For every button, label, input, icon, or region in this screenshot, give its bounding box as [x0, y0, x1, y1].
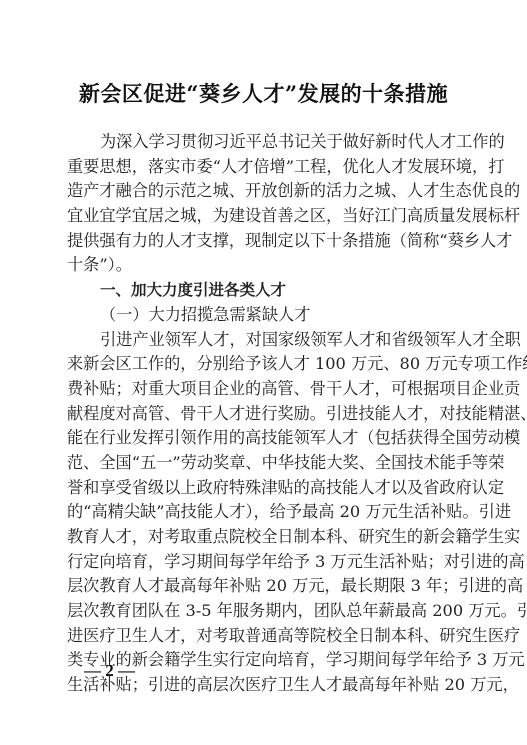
section-heading: 一、加大力度引进各类人才	[67, 278, 461, 303]
document-page: 新会区促进“葵乡人才”发展的十条措施 为深入学习贯彻习近平总书记关于做好新时代人…	[0, 0, 527, 745]
paragraph-line: 进医疗卫生人才，对考取普通高等院校全日制本科、研究生医疗	[67, 624, 461, 649]
document-body: 为深入学习贯彻习近平总书记关于做好新时代人才工作的 重要思想，落实市委“人才倍增…	[67, 130, 461, 698]
paragraph-line: 誉和享受省级以上政府特殊津贴的高技能人才以及省政府认定	[67, 476, 461, 501]
paragraph-line: 献程度对高管、骨干人才进行奖励。引进技能人才，对技能精湛、	[67, 402, 461, 427]
paragraph-line: 的“高精尖缺”高技能人才），给予最高 20 万元生活补贴。引进	[67, 500, 461, 525]
paragraph-line: 范、全国“五一”劳动奖章、中华技能大奖、全国技术能手等荣	[67, 451, 461, 476]
paragraph-line: 引进产业领军人才，对国家级领军人才和省级领军人才全职	[67, 328, 461, 353]
subsection-heading: （一）大力招揽急需紧缺人才	[67, 303, 461, 328]
intro-line: 为深入学习贯彻习近平总书记关于做好新时代人才工作的	[67, 130, 461, 155]
intro-line: 十条”）。	[67, 253, 461, 278]
page-number: — 2 —	[84, 661, 135, 681]
intro-line: 提供强有力的人才支撑，现制定以下十条措施（简称“葵乡人才	[67, 229, 461, 254]
intro-line: 造产才融合的示范之城、开放创新的活力之城、人才生态优良的	[67, 179, 461, 204]
paragraph-line: 教育人才，对考取重点院校全日制本科、研究生的新会籍学生实	[67, 525, 461, 550]
paragraph-line: 能在行业发挥引领作用的高技能领军人才（包括获得全国劳动模	[67, 426, 461, 451]
paragraph-line: 来新会区工作的，分别给予该人才 100 万元、80 万元专项工作经	[67, 352, 461, 377]
intro-line: 重要思想，落实市委“人才倍增”工程，优化人才发展环境，打	[67, 155, 461, 180]
paragraph-line: 层次教育团队在 3-5 年服务期内，团队总年薪最高 200 万元。引	[67, 599, 461, 624]
document-title: 新会区促进“葵乡人才”发展的十条措施	[0, 78, 527, 108]
paragraph-line: 层次教育人才最高每年补贴 20 万元，最长期限 3 年；引进的高	[67, 574, 461, 599]
paragraph-line: 费补贴；对重大项目企业的高管、骨干人才，可根据项目企业贡	[67, 377, 461, 402]
paragraph-line: 行定向培育，学习期间每学年给予 3 万元生活补贴；对引进的高	[67, 550, 461, 575]
intro-line: 宜业宜学宜居之城，为建设首善之区，当好江门高质量发展标杆	[67, 204, 461, 229]
